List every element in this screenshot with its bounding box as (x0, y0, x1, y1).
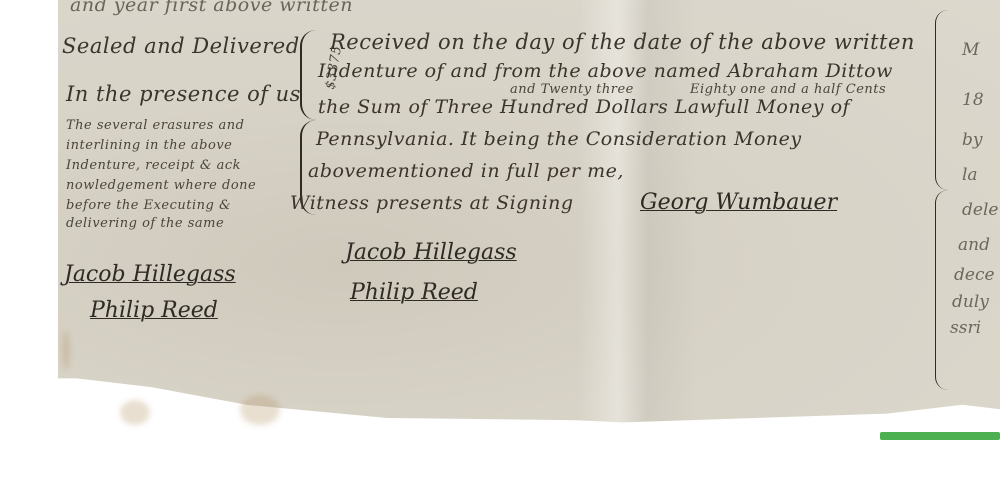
note-line: interlining in the above (66, 138, 232, 153)
receipt-line: Received on the day of the date of the a… (330, 30, 915, 54)
signature-philip-reed: Philip Reed (350, 280, 478, 305)
receipt-line: abovementioned in full per me, (308, 160, 624, 182)
bracket (935, 190, 948, 390)
margin-fragment: duly (952, 292, 989, 312)
margin-fragment: la (962, 165, 978, 185)
receipt-line: Pennsylvania. It being the Consideration… (316, 128, 802, 150)
bracket (935, 10, 948, 190)
margin-fragment: and (958, 235, 990, 255)
margin-fragment: M (962, 40, 979, 60)
note-line: nowledgement where done (66, 178, 256, 193)
receipt-line: the Sum of Three Hundred Dollars Lawfull… (318, 96, 850, 118)
receipt-line: Indenture of and from the above named Ab… (318, 60, 893, 82)
margin-fragment: by (962, 130, 983, 150)
stain (62, 330, 70, 370)
margin-fragment: ssri (950, 318, 981, 338)
signature-jacob-hillegass: Jacob Hillegass (345, 240, 517, 265)
signature-georg-wumbauer: Georg Wumbauer (640, 190, 837, 215)
signature-jacob-hillegass: Jacob Hillegass (64, 262, 236, 287)
top-line: and year first above written (70, 0, 353, 16)
note-line: Indenture, receipt & ack (66, 158, 241, 173)
green-edge (880, 432, 1000, 440)
note-line: before the Executing & (66, 198, 231, 213)
stain (240, 395, 280, 425)
interlinear-note: and Twenty three (510, 82, 634, 97)
signature-philip-reed: Philip Reed (90, 298, 218, 323)
margin-fragment: 18 (962, 90, 984, 110)
witness-line: Witness presents at Signing (290, 192, 574, 214)
presence-heading: In the presence of us (66, 82, 301, 106)
bracket (300, 30, 316, 120)
margin-fragment: dele (962, 200, 998, 220)
note-line: The several erasures and (66, 118, 244, 133)
note-line: delivering of the same (66, 216, 224, 231)
sealed-heading: Sealed and Delivered (62, 34, 300, 58)
margin-fragment: dece (954, 265, 995, 285)
stain (120, 400, 150, 425)
interlinear-note: Eighty one and a half Cents (690, 82, 886, 97)
